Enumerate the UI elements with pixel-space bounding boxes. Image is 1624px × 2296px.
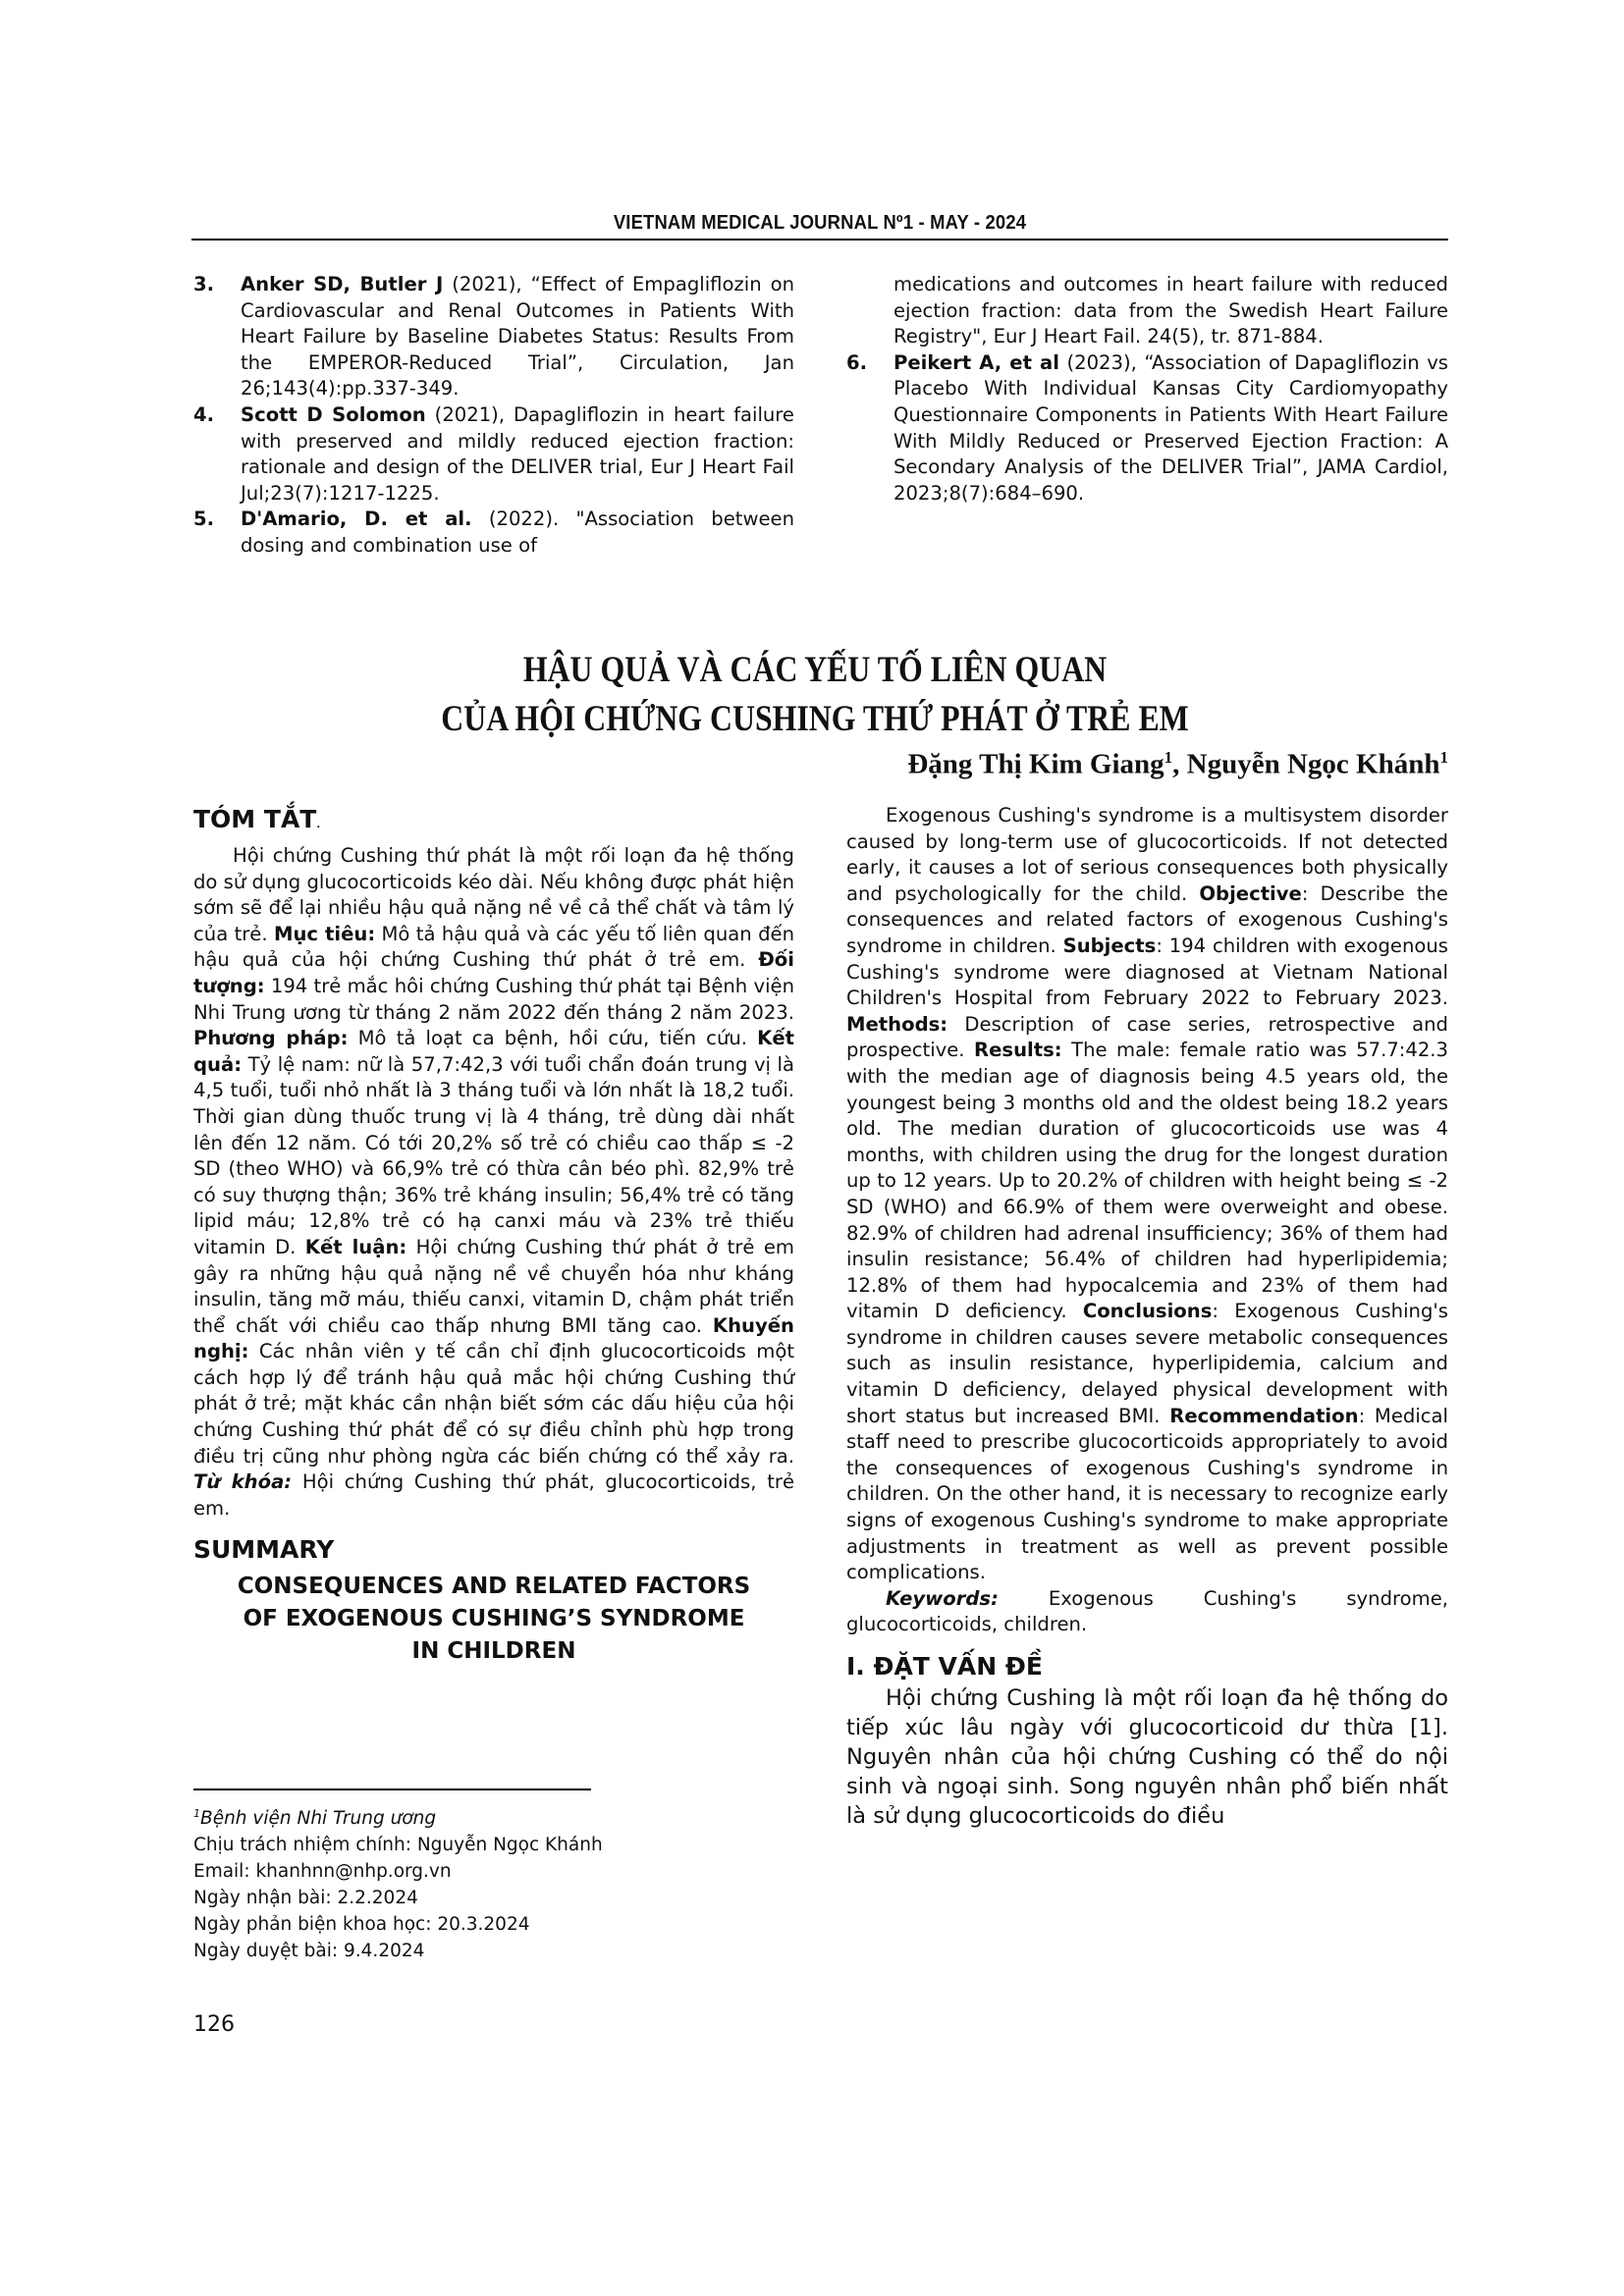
abstract-vietnamese-text: Hội chứng Cushing thứ phát là một rối lo… (193, 843, 794, 1522)
article-title-line: CỦA HỘI CHỨNG CUSHING THỨ PHÁT Ở TRẺ EM (367, 695, 1263, 744)
reference-item: 6. Peikert A, et al (2023), “Association… (846, 350, 1448, 507)
reference-number: 5. (193, 507, 241, 559)
author-name: Đặng Thị Kim Giang (907, 749, 1164, 780)
journal-page: VIETNAM MEDICAL JOURNAL Nº1 - MAY - 2024… (0, 0, 1624, 2296)
introduction-text: Hội chứng Cushing là một rối loạn đa hệ … (846, 1683, 1448, 1831)
date-received: Ngày nhận bài: 2.2.2024 (193, 1885, 794, 1911)
running-header: VIETNAM MEDICAL JOURNAL Nº1 - MAY - 2024 (242, 212, 1398, 235)
footnote-rule (193, 1789, 591, 1790)
reference-number: 4. (193, 402, 241, 507)
reference-text: Peikert A, et al (2023), “Association of… (893, 350, 1448, 507)
reference-number: 6. (846, 350, 893, 507)
references-left-column: 3. Anker SD, Butler J (2021), “Effect of… (193, 272, 794, 560)
author-affiliation-marker: 1 (1440, 748, 1449, 767)
reference-number: 3. (193, 272, 241, 402)
page-number: 126 (193, 2012, 235, 2037)
author-affiliation-marker: 1 (1164, 748, 1173, 767)
section-heading-introduction: I. ĐẶT VẤN ĐỀ (846, 1650, 1448, 1683)
reference-item: 5. D'Amario, D. et al. (2022). "Associat… (193, 507, 794, 559)
reference-authors: Scott D Solomon (241, 403, 426, 426)
article-title: HẬU QUẢ VÀ CÁC YẾU TỐ LIÊN QUAN CỦA HỘI … (367, 646, 1263, 744)
references-right-column: medications and outcomes in heart failur… (846, 272, 1448, 507)
summary-heading: SUMMARY (193, 1533, 794, 1567)
date-accepted: Ngày duyệt bài: 9.4.2024 (193, 1938, 794, 1964)
reference-text: Anker SD, Butler J (2021), “Effect of Em… (241, 272, 794, 402)
footnotes: 1Bệnh viện Nhi Trung ương Chịu trách nhi… (193, 1800, 794, 1964)
corresponding-author: Chịu trách nhiệm chính: Nguyễn Ngọc Khán… (193, 1832, 794, 1858)
keywords-english: Keywords: Exogenous Cushing's syndrome, … (846, 1586, 1448, 1638)
reference-authors: Anker SD, Butler J (241, 273, 443, 295)
reference-item: 4. Scott D Solomon (2021), Dapagliflozin… (193, 402, 794, 507)
header-rule (191, 239, 1448, 240)
abstract-vietnamese-column: TÓM TẮT. Hội chứng Cushing thứ phát là m… (193, 803, 794, 1668)
article-title-line: HẬU QUẢ VÀ CÁC YẾU TỐ LIÊN QUAN (367, 646, 1263, 695)
reference-continuation: medications and outcomes in heart failur… (846, 272, 1448, 350)
author-list: Đặng Thị Kim Giang1, Nguyễn Ngọc Khánh1 (746, 748, 1448, 781)
summary-title: CONSEQUENCES AND RELATED FACTORS OF EXOG… (193, 1571, 794, 1668)
email: Email: khanhnn@nhp.org.vn (193, 1858, 794, 1885)
abstract-english-text: Exogenous Cushing's syndrome is a multis… (846, 803, 1448, 1586)
reference-item: 3. Anker SD, Butler J (2021), “Effect of… (193, 272, 794, 402)
affiliation: 1Bệnh viện Nhi Trung ương (193, 1800, 794, 1832)
abstract-heading: TÓM TẮT. (193, 803, 794, 842)
date-reviewed: Ngày phản biện khoa học: 20.3.2024 (193, 1911, 794, 1938)
reference-text: Scott D Solomon (2021), Dapagliflozin in… (241, 402, 794, 507)
reference-authors: Peikert A, et al (893, 351, 1059, 374)
author-name: Nguyễn Ngọc Khánh (1187, 749, 1440, 780)
reference-authors: D'Amario, D. et al. (241, 507, 472, 530)
reference-text: D'Amario, D. et al. (2022). "Association… (241, 507, 794, 559)
abstract-english-column: Exogenous Cushing's syndrome is a multis… (846, 803, 1448, 1831)
